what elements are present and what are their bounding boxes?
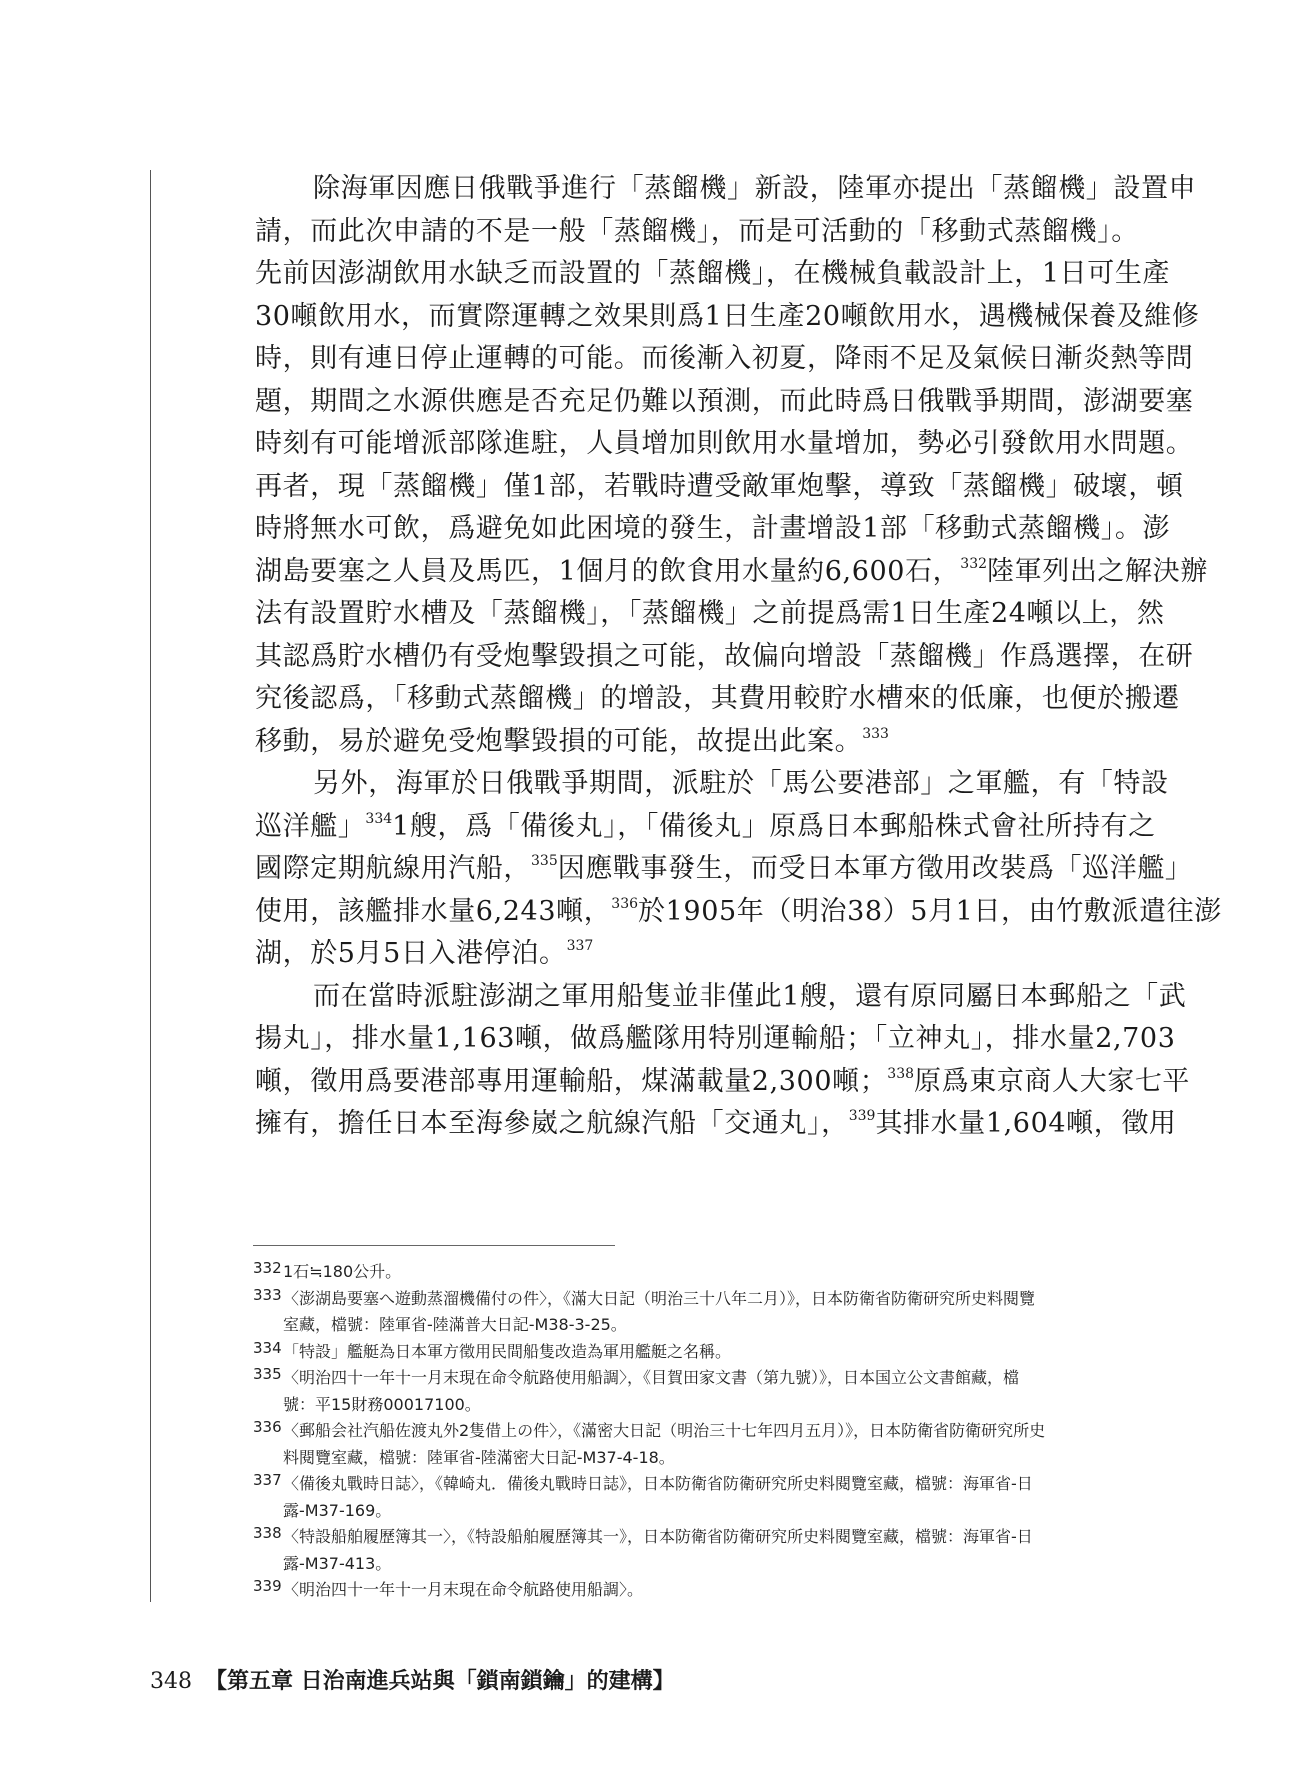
text-segment: 其排水量1,604噸，徵用 bbox=[875, 1108, 1176, 1139]
text-segment: 巡洋艦」 bbox=[255, 811, 365, 842]
footnote-number: 334 bbox=[253, 1335, 282, 1362]
footnote-text: 〈特設船舶履歷簿其一〉，《特設船舶履歷簿其一》，日本防衛省防衛研究所史料閱覽室藏… bbox=[283, 1524, 1133, 1551]
footnote-text: 1石≒180公升。 bbox=[283, 1259, 1133, 1286]
footnote-number: 339 bbox=[253, 1573, 282, 1600]
text-segment: 湖，於5月5日入港停泊。 bbox=[255, 938, 567, 969]
footnote-text: 露-M37-169。 bbox=[283, 1498, 1133, 1525]
footnote-text: 「特設」艦艇為日本軍方徵用民間船隻改造為軍用艦艇之名稱。 bbox=[283, 1339, 1133, 1366]
text-line: 而在當時派駐澎湖之軍用船隻並非僅此1艘，還有原同屬日本郵船之「武 bbox=[255, 976, 1131, 1019]
main-text: 除海軍因應日俄戰爭進行「蒸餾機」新設，陸軍亦提出「蒸餾機」設置申 請，而此次申請… bbox=[255, 168, 1131, 1146]
footnote-ref-338[interactable]: 338 bbox=[887, 1066, 914, 1082]
footnote-ref-336[interactable]: 336 bbox=[611, 896, 638, 912]
footnote-number: 336 bbox=[253, 1414, 282, 1441]
page-footer: 348 【第五章 日治南進兵站與「鎖南鎖鑰」的建構】 bbox=[150, 1664, 675, 1695]
footnote-333: 333 〈澎湖島要塞へ遊動蒸溜機備付の件〉，《滿大日記（明治三十八年二月）》，日… bbox=[253, 1286, 1133, 1339]
text-segment: 噸，徵用爲要港部專用運輸船，煤滿載量2,300噸； bbox=[255, 1066, 887, 1097]
footnote-335: 335 〈明治四十一年十一月末現在命令航路使用船調〉，《目賀田家文書（第九號）》… bbox=[253, 1365, 1133, 1418]
footnote-332: 332 1石≒180公升。 bbox=[253, 1259, 1133, 1286]
footnote-number: 333 bbox=[253, 1282, 282, 1309]
text-line: 再者，現「蒸餾機」僅1部，若戰時遭受敵軍炮擊，導致「蒸餾機」破壞，頓 bbox=[255, 466, 1131, 509]
text-line: 除海軍因應日俄戰爭進行「蒸餾機」新設，陸軍亦提出「蒸餾機」設置申 bbox=[255, 168, 1131, 211]
footnote-339: 339 〈明治四十一年十一月末現在命令航路使用船調〉。 bbox=[253, 1577, 1133, 1604]
text-segment: 國際定期航線用汽船， bbox=[255, 853, 531, 884]
margin-rule bbox=[150, 170, 151, 1602]
footnote-ref-339[interactable]: 339 bbox=[849, 1108, 876, 1124]
text-line: 湖，於5月5日入港停泊。337 bbox=[255, 933, 1131, 976]
footnote-number: 338 bbox=[253, 1520, 282, 1547]
footnote-separator bbox=[253, 1245, 615, 1246]
footnote-ref-334[interactable]: 334 bbox=[365, 811, 392, 827]
text-line: 移動，易於避免受炮擊毀損的可能，故提出此案。333 bbox=[255, 721, 1131, 764]
footnote-number: 335 bbox=[253, 1361, 282, 1388]
footnote-number: 337 bbox=[253, 1467, 282, 1494]
text-segment: 使用，該艦排水量6,243噸， bbox=[255, 896, 611, 927]
text-segment: 原爲東京商人大家七平 bbox=[914, 1066, 1190, 1097]
text-line: 國際定期航線用汽船，335因應戰事發生，而受日本軍方徵用改裝爲「巡洋艦」 bbox=[255, 848, 1131, 891]
text-line: 其認爲貯水槽仍有受炮擊毀損之可能，故偏向增設「蒸餾機」作爲選擇，在研 bbox=[255, 636, 1131, 679]
footnote-text: 〈郵船会社汽船佐渡丸外2隻借上の件〉，《滿密大日記（明治三十七年四月五月）》，日… bbox=[283, 1418, 1133, 1445]
text-line: 另外，海軍於日俄戰爭期間，派駐於「馬公要港部」之軍艦，有「特設 bbox=[255, 763, 1131, 806]
text-segment: 於1905年（明治38）5月1日，由竹敷派遣往澎 bbox=[638, 896, 1222, 927]
footnote-334: 334 「特設」艦艇為日本軍方徵用民間船隻改造為軍用艦艇之名稱。 bbox=[253, 1339, 1133, 1366]
footnote-text: 〈備後丸戰時日誌〉，《韓崎丸．備後丸戰時日誌》，日本防衛省防衛研究所史料閱覽室藏… bbox=[283, 1471, 1133, 1498]
text-line: 湖島要塞之人員及馬匹，1個月的飲食用水量約6,600石，332陸軍列出之解決辦 bbox=[255, 551, 1131, 594]
text-line: 使用，該艦排水量6,243噸，336於1905年（明治38）5月1日，由竹敷派遣… bbox=[255, 891, 1131, 934]
text-line: 先前因澎湖飲用水缺乏而設置的「蒸餾機」，在機械負載設計上，1日可生產 bbox=[255, 253, 1131, 296]
running-head: 【第五章 日治南進兵站與「鎖南鎖鑰」的建構】 bbox=[205, 1668, 675, 1694]
paragraph: 除海軍因應日俄戰爭進行「蒸餾機」新設，陸軍亦提出「蒸餾機」設置申 請，而此次申請… bbox=[255, 168, 1131, 763]
footnote-text: 室藏，檔號：陸軍省-陸滿普大日記-M38-3-25。 bbox=[283, 1312, 1133, 1339]
footnote-text: 〈明治四十一年十一月末現在命令航路使用船調〉。 bbox=[283, 1577, 1133, 1604]
footnote-number: 332 bbox=[253, 1255, 282, 1282]
text-segment: 湖島要塞之人員及馬匹，1個月的飲食用水量約6,600石， bbox=[255, 556, 960, 587]
text-segment: 陸軍列出之解決辦 bbox=[987, 556, 1208, 587]
footnote-text: 〈澎湖島要塞へ遊動蒸溜機備付の件〉，《滿大日記（明治三十八年二月）》，日本防衛省… bbox=[283, 1286, 1133, 1313]
text-segment: 擁有，擔任日本至海參崴之航線汽船「交通丸」， bbox=[255, 1108, 849, 1139]
text-segment: 因應戰事發生，而受日本軍方徵用改裝爲「巡洋艦」 bbox=[558, 853, 1193, 884]
footnote-ref-333[interactable]: 333 bbox=[862, 726, 889, 742]
text-segment: 移動，易於避免受炮擊毀損的可能，故提出此案。 bbox=[255, 726, 862, 757]
text-line: 請，而此次申請的不是一般「蒸餾機」，而是可活動的「移動式蒸餾機」。 bbox=[255, 211, 1131, 254]
footnote-text: 號：平15財務00017100。 bbox=[283, 1392, 1133, 1419]
text-line: 巡洋艦」3341艘，爲「備後丸」，「備後丸」原爲日本郵船株式會社所持有之 bbox=[255, 806, 1131, 849]
footnote-338: 338 〈特設船舶履歷簿其一〉，《特設船舶履歷簿其一》，日本防衛省防衛研究所史料… bbox=[253, 1524, 1133, 1577]
footnote-text: 料閱覽室藏，檔號：陸軍省-陸滿密大日記-M37-4-18。 bbox=[283, 1445, 1133, 1472]
text-line: 揚丸」，排水量1,163噸，做爲艦隊用特別運輸船；「立神丸」，排水量2,703 bbox=[255, 1018, 1131, 1061]
text-line: 時將無水可飲，爲避免如此困境的發生，計畫增設1部「移動式蒸餾機」。澎 bbox=[255, 508, 1131, 551]
footnote-337: 337 〈備後丸戰時日誌〉，《韓崎丸．備後丸戰時日誌》，日本防衛省防衛研究所史料… bbox=[253, 1471, 1133, 1524]
text-line: 究後認爲，「移動式蒸餾機」的增設，其費用較貯水槽來的低廉，也便於搬遷 bbox=[255, 678, 1131, 721]
text-segment: 1艘，爲「備後丸」，「備後丸」原爲日本郵船株式會社所持有之 bbox=[392, 811, 1156, 842]
text-line: 題，期間之水源供應是否充足仍難以預測，而此時爲日俄戰爭期間，澎湖要塞 bbox=[255, 381, 1131, 424]
text-line: 擁有，擔任日本至海參崴之航線汽船「交通丸」，339其排水量1,604噸，徵用 bbox=[255, 1103, 1131, 1146]
text-line: 時，則有連日停止運轉的可能。而後漸入初夏，降雨不足及氣候日漸炎熱等問 bbox=[255, 338, 1131, 381]
text-line: 30噸飲用水，而實際運轉之效果則爲1日生產20噸飲用水，遇機械保養及維修 bbox=[255, 296, 1131, 339]
paragraph: 而在當時派駐澎湖之軍用船隻並非僅此1艘，還有原同屬日本郵船之「武 揚丸」，排水量… bbox=[255, 976, 1131, 1146]
footnote-text: 〈明治四十一年十一月末現在命令航路使用船調〉，《目賀田家文書（第九號）》，日本国… bbox=[283, 1365, 1133, 1392]
text-line: 噸，徵用爲要港部專用運輸船，煤滿載量2,300噸；338原爲東京商人大家七平 bbox=[255, 1061, 1131, 1104]
footnote-336: 336 〈郵船会社汽船佐渡丸外2隻借上の件〉，《滿密大日記（明治三十七年四月五月… bbox=[253, 1418, 1133, 1471]
footnote-ref-335[interactable]: 335 bbox=[531, 853, 558, 869]
footnotes: 332 1石≒180公升。 333 〈澎湖島要塞へ遊動蒸溜機備付の件〉，《滿大日… bbox=[253, 1259, 1133, 1604]
paragraph: 另外，海軍於日俄戰爭期間，派駐於「馬公要港部」之軍艦，有「特設 巡洋艦」3341… bbox=[255, 763, 1131, 976]
text-line: 時刻有可能增派部隊進駐，人員增加則飲用水量增加，勢必引發飲用水問題。 bbox=[255, 423, 1131, 466]
text-line: 法有設置貯水槽及「蒸餾機」，「蒸餾機」之前提爲需1日生產24噸以上，然 bbox=[255, 593, 1131, 636]
footnote-ref-337[interactable]: 337 bbox=[567, 938, 594, 954]
footnote-ref-332[interactable]: 332 bbox=[960, 556, 987, 572]
page-number: 348 bbox=[150, 1669, 192, 1694]
footnote-text: 露-M37-413。 bbox=[283, 1551, 1133, 1578]
